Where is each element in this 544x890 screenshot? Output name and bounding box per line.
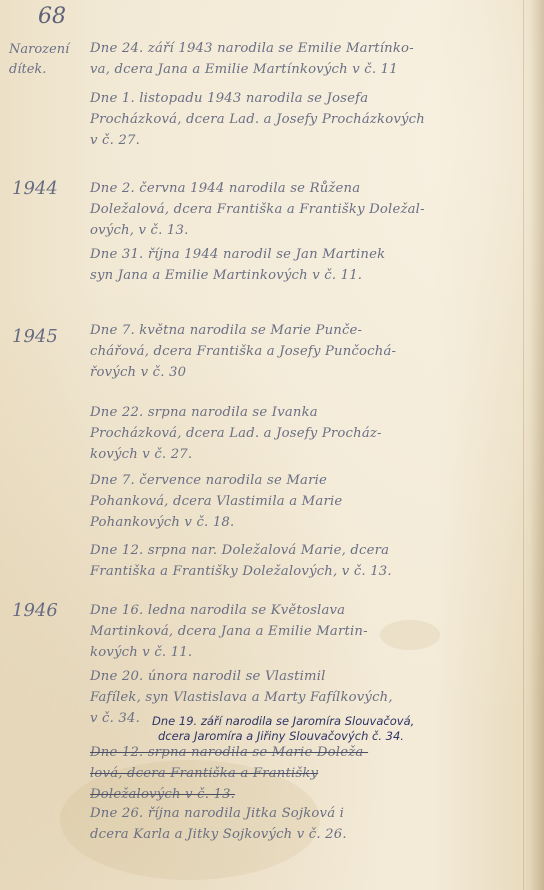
entry-line: v č. 34. (90, 708, 138, 729)
entry-line: Dne 12. srpna narodila se Marie Doleža- (90, 742, 510, 763)
entry-line: Dne 16. ledna narodila se Květoslava (90, 600, 510, 621)
entry-line: Dne 12. srpna nar. Doležalová Marie, dce… (90, 540, 510, 561)
margin-heading-line: Narození (9, 40, 69, 60)
entry-line: Procházková, dcera Lad. a Josefy Procház… (90, 109, 510, 130)
entry-line: kových v č. 11. (90, 642, 510, 663)
birth-entry: Dne 31. října 1944 narodil se Jan Martin… (90, 244, 510, 286)
page-fold-line (523, 0, 524, 890)
year-heading: 1946 (12, 600, 58, 621)
birth-entry: Dne 7. května narodila se Marie Punče- c… (90, 320, 510, 383)
birth-entry: Dne 1. listopadu 1943 narodila se Josefa… (90, 88, 510, 151)
entry-line: kových v č. 27. (90, 444, 510, 465)
entry-line: Dne 7. května narodila se Marie Punče- (90, 320, 510, 341)
birth-entry: Dne 22. srpna narodila se Ivanka Procház… (90, 402, 510, 465)
birth-entry: Dne 12. srpna nar. Doležalová Marie, dce… (90, 540, 510, 582)
entry-line: Dne 22. srpna narodila se Ivanka (90, 402, 510, 423)
entry-line: Dne 2. června 1944 narodila se Růžena (90, 178, 510, 199)
struck-out-entry: Dne 12. srpna narodila se Marie Doleža- … (90, 742, 510, 805)
margin-heading-line: dítek. (9, 60, 69, 80)
entry-line: Dne 31. října 1944 narodil se Jan Martin… (90, 244, 510, 265)
birth-entry: Dne 16. ledna narodila se Květoslava Mar… (90, 600, 510, 663)
document-page: 68 Narození dítek. Dne 24. září 1943 nar… (0, 0, 544, 890)
entry-line: Fafílek, syn Vlastislava a Marty Fafílko… (90, 687, 510, 708)
entry-line: Pohankových v č. 18. (90, 512, 510, 533)
entry-line: Dne 24. září 1943 narodila se Emilie Mar… (90, 38, 510, 59)
entry-line: Dne 7. července narodila se Marie (90, 470, 510, 491)
entry-line: Pohanková, dcera Vlastimila a Marie (90, 491, 510, 512)
birth-entry: Dne 7. července narodila se Marie Pohank… (90, 470, 510, 533)
birth-entry: Dne 24. září 1943 narodila se Emilie Mar… (90, 38, 510, 80)
entry-line: chářová, dcera Františka a Josefy Punčoc… (90, 341, 510, 362)
entry-line: Doležalová, dcera Františka a Františky … (90, 199, 510, 220)
blue-ink-insertion: Dne 19. září narodila se Jaromíra Slouva… (152, 713, 414, 729)
entry-line: řových v č. 30 (90, 362, 510, 383)
page-edge-shadow (530, 0, 544, 890)
entry-line: Martinková, dcera Jana a Emilie Martin- (90, 621, 510, 642)
entry-line: Františka a Františky Doležalových, v č.… (90, 561, 510, 582)
year-heading: 1945 (12, 326, 58, 347)
birth-entry: Dne 2. června 1944 narodila se Růžena Do… (90, 178, 510, 241)
entry-line: Dne 20. února narodil se Vlastimil (90, 666, 510, 687)
entry-line: Dne 1. listopadu 1943 narodila se Josefa (90, 88, 510, 109)
entry-line: dcera Karla a Jitky Sojkových v č. 26. (90, 824, 510, 845)
entry-line: Procházková, dcera Lad. a Josefy Procház… (90, 423, 510, 444)
birth-entry: Dne 26. října narodila Jitka Sojková i d… (90, 803, 510, 845)
entry-line: v č. 27. (90, 130, 510, 151)
entry-line: syn Jana a Emilie Martinkových v č. 11. (90, 265, 510, 286)
entry-line: Dne 26. října narodila Jitka Sojková i (90, 803, 510, 824)
year-heading: 1944 (12, 178, 58, 199)
page-number: 68 (38, 4, 66, 29)
entry-line: lová, dcera Františka a Františky (90, 763, 510, 784)
entry-line: va, dcera Jana a Emilie Martínkových v č… (90, 59, 510, 80)
margin-heading: Narození dítek. (9, 40, 69, 80)
entry-line: Doležalových v č. 13. (90, 784, 510, 805)
entry-line: ových, v č. 13. (90, 220, 510, 241)
